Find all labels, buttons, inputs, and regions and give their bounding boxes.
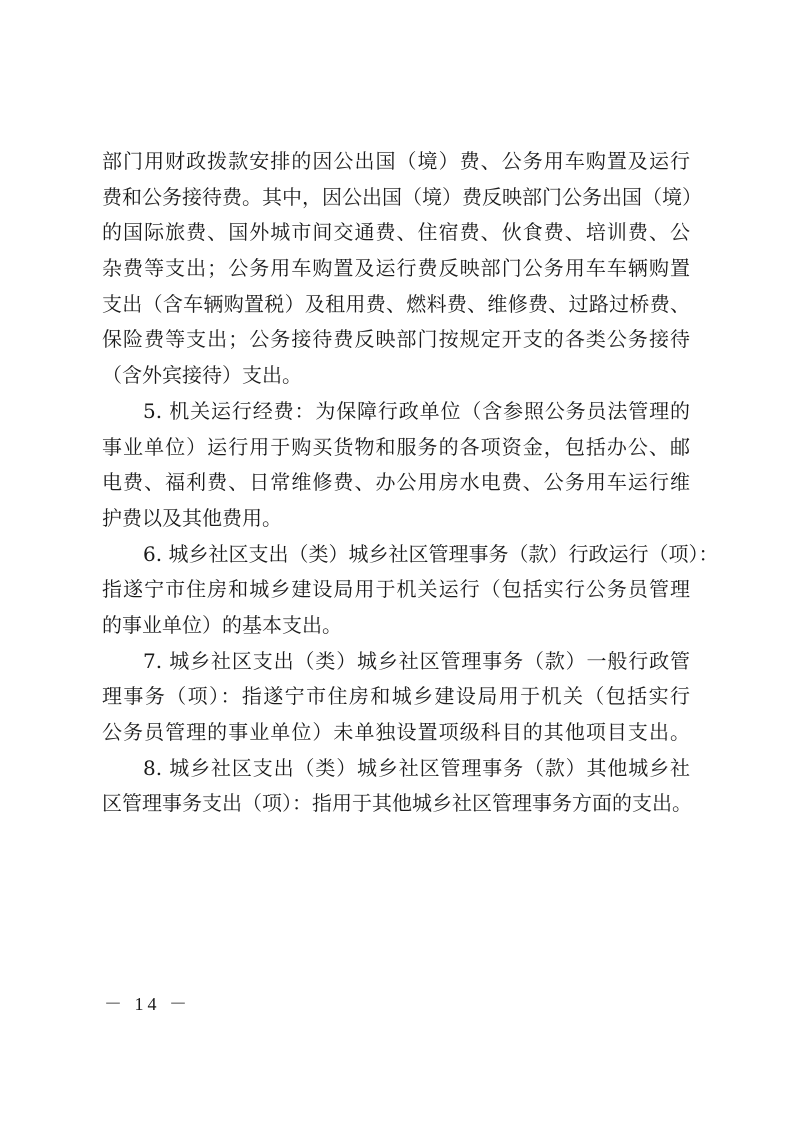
page-number: － 14 － (104, 990, 191, 1016)
text-line: 部门用财政拨款安排的因公出国（境）费、公务用车购置及运行 (102, 144, 690, 180)
text-line: 电费、福利费、日常维修费、办公用房水电费、公务用车运行维 (102, 465, 690, 501)
text-line: 的国际旅费、国外城市间交通费、住宿费、伙食费、培训费、公 (102, 215, 690, 251)
document-page: 部门用财政拨款安排的因公出国（境）费、公务用车购置及运行 费和公务接待费。其中，… (0, 0, 793, 1122)
text-line: 指遂宁市住房和城乡建设局用于机关运行（包括实行公务员管理 (102, 572, 690, 608)
item-5-heading: 5. 机关运行经费：为保障行政单位（含参照公务员法管理的 (102, 394, 690, 430)
text-line: 护费以及其他费用。 (102, 501, 690, 537)
text-line: 理事务（项）：指遂宁市住房和城乡建设局用于机关（包括实行 (102, 679, 690, 715)
text-line: （含外宾接待）支出。 (102, 358, 690, 394)
text-line: 的事业单位）的基本支出。 (102, 608, 690, 644)
item-6-heading: 6. 城乡社区支出（类）城乡社区管理事务（款）行政运行（项）： (102, 537, 690, 573)
text-line: 保险费等支出；公务接待费反映部门按规定开支的各类公务接待 (102, 322, 690, 358)
text-line: 公务员管理的事业单位）未单独设置项级科目的其他项目支出。 (102, 715, 690, 751)
text-line: 事业单位）运行用于购买货物和服务的各项资金，包括办公、邮 (102, 430, 690, 466)
text-line: 费和公务接待费。其中，因公出国（境）费反映部门公务出国（境） (102, 180, 690, 216)
item-8-heading: 8. 城乡社区支出（类）城乡社区管理事务（款）其他城乡社 (102, 751, 690, 787)
text-line: 支出（含车辆购置税）及租用费、燃料费、维修费、过路过桥费、 (102, 287, 690, 323)
item-7-heading: 7. 城乡社区支出（类）城乡社区管理事务（款）一般行政管 (102, 644, 690, 680)
text-line: 杂费等支出；公务用车购置及运行费反映部门公务用车车辆购置 (102, 251, 690, 287)
text-line: 区管理事务支出（项）：指用于其他城乡社区管理事务方面的支出。 (102, 786, 690, 822)
body-text: 部门用财政拨款安排的因公出国（境）费、公务用车购置及运行 费和公务接待费。其中，… (102, 144, 690, 822)
